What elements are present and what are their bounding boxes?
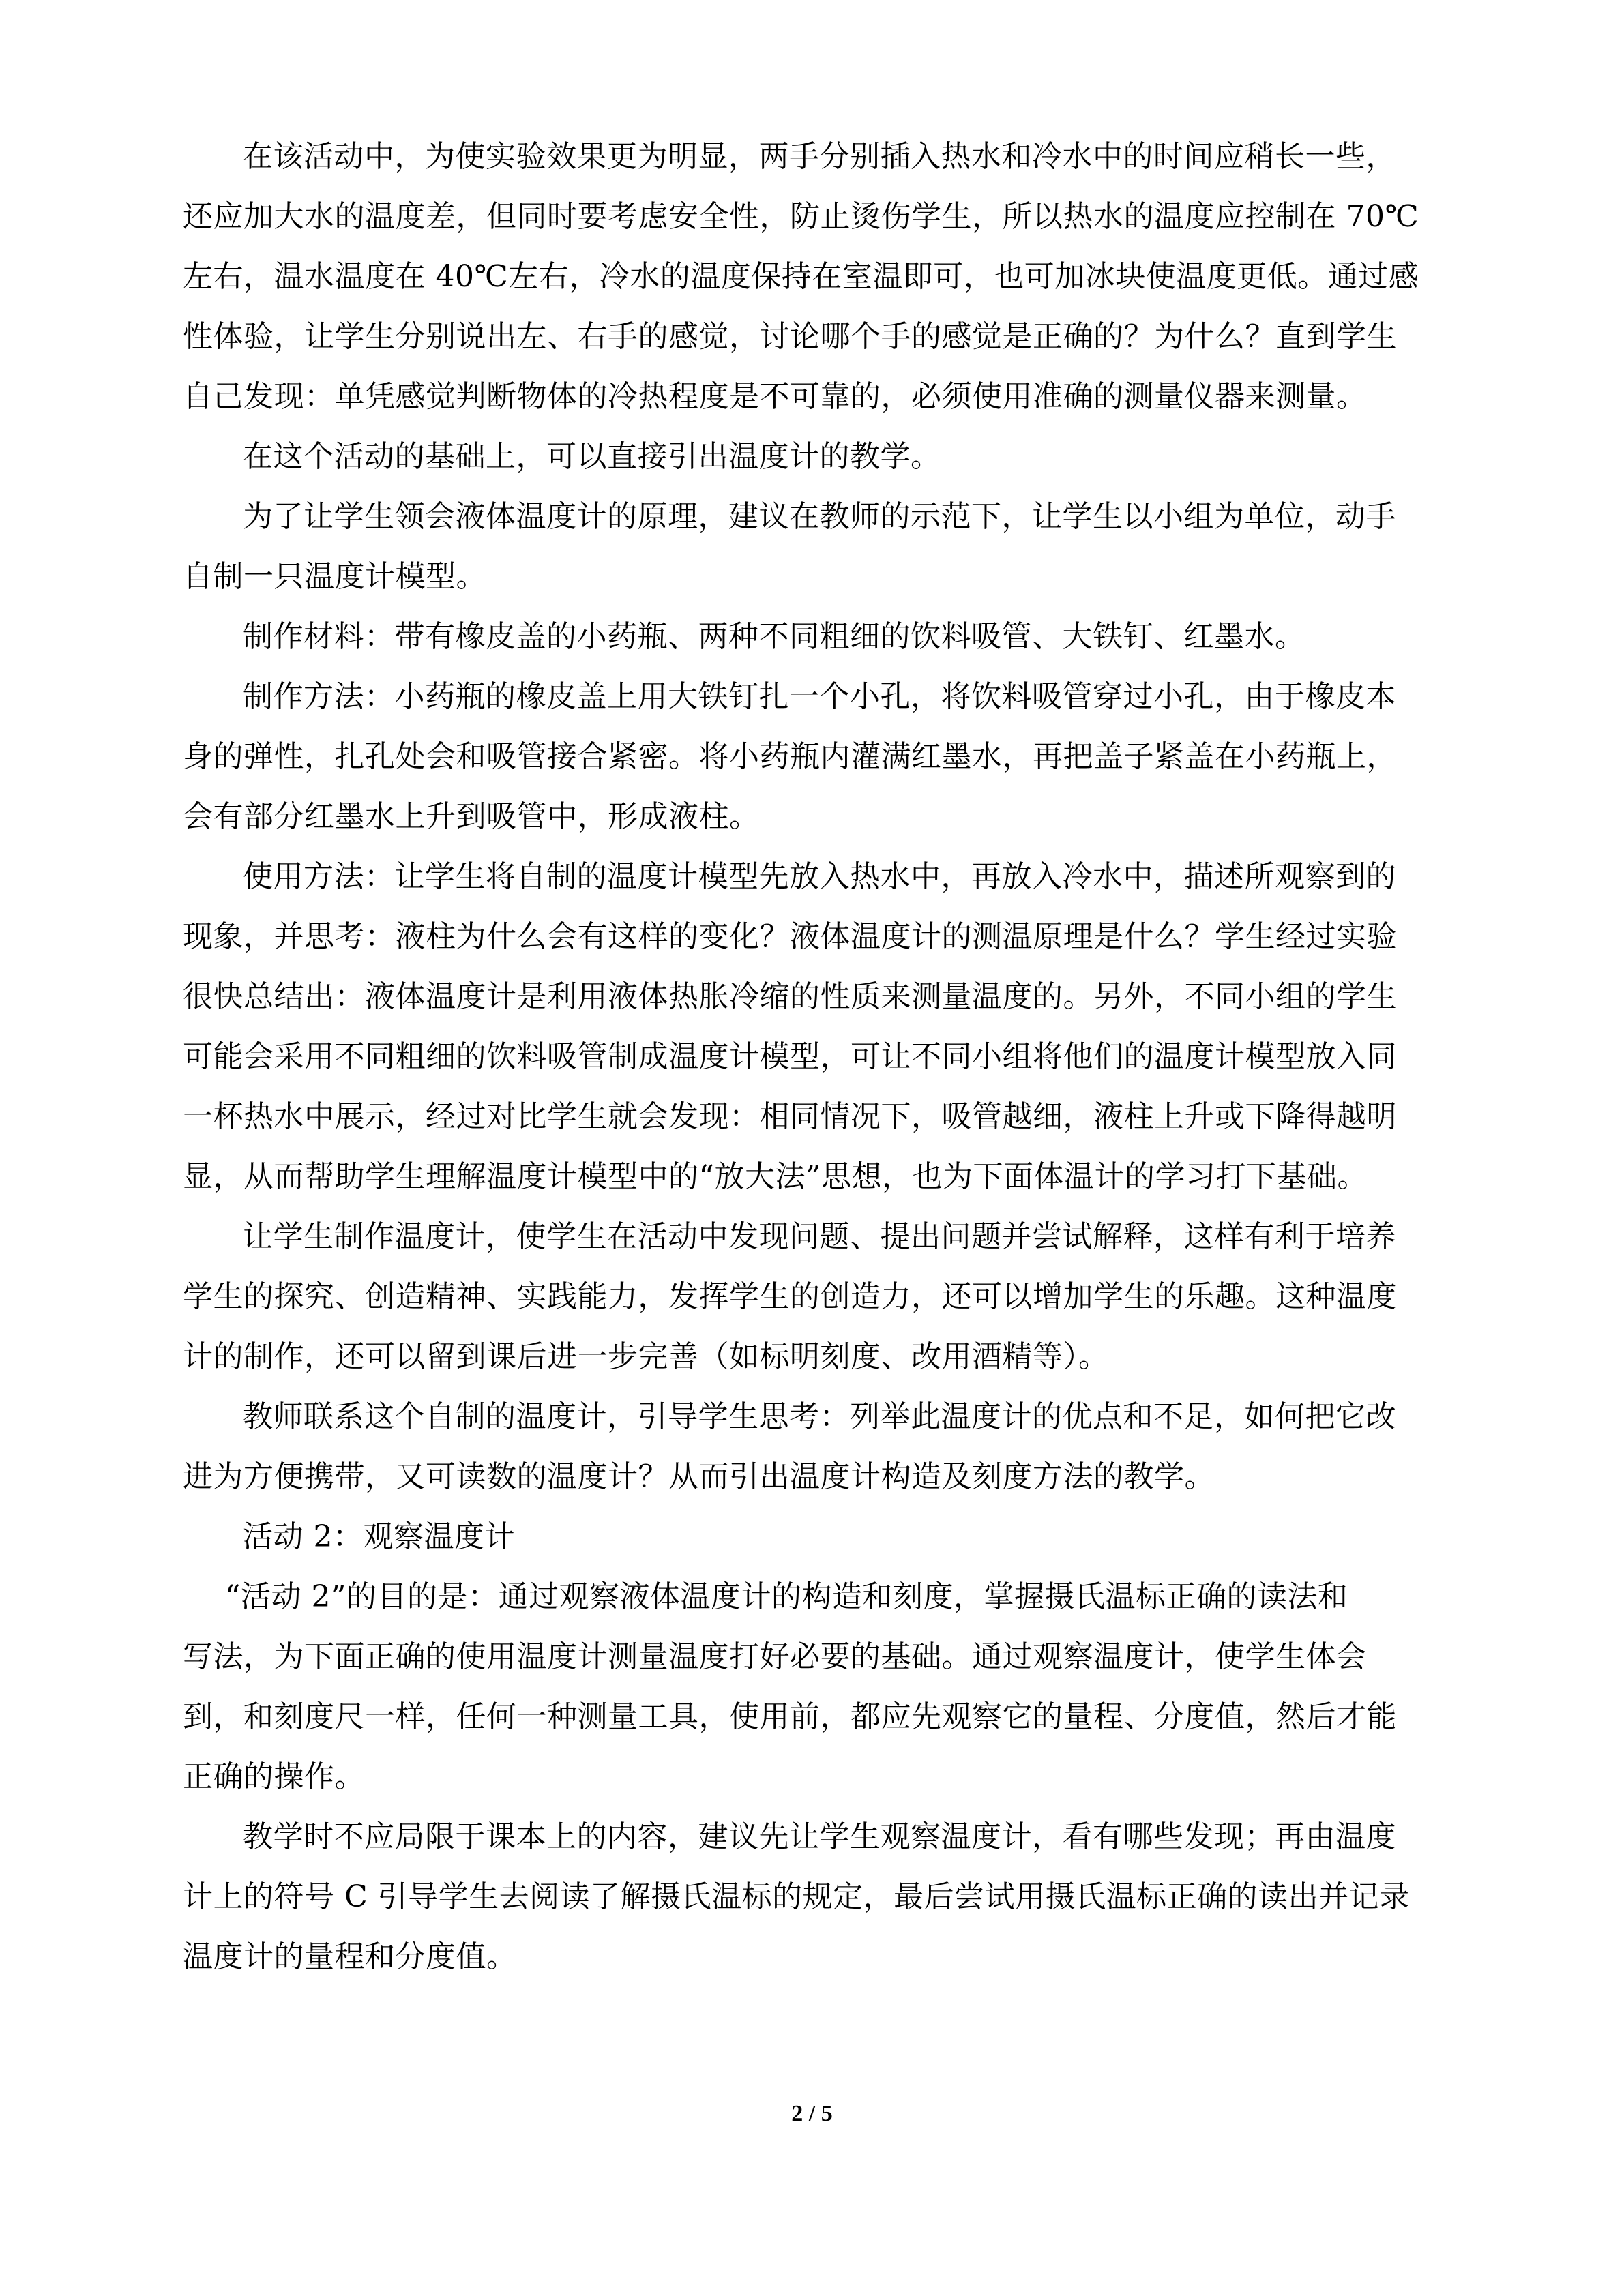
paragraph-usage: 使用方法：让学生将自制的温度计模型先放入热水中，再放入冷水中，描述所观察到的 现… xyxy=(183,847,1465,1207)
section-heading-activity-2: 活动 2：观察温度计 xyxy=(183,1507,1465,1567)
text-line: 会有部分红墨水上升到吸管中，形成液柱。 xyxy=(183,787,1465,847)
text-line: 可能会采用不同粗细的饮料吸管制成温度计模型，可让不同小组将他们的温度计模型放入同 xyxy=(183,1027,1465,1087)
paragraph-teaching-advice: 教学时不应局限于课本上的内容，建议先让学生观察温度计，看有哪些发现；再由温度 计… xyxy=(183,1807,1465,1987)
text-line: 计上的符号 C 引导学生去阅读了解摄氏温标的规定，最后尝试用摄氏温标正确的读出并… xyxy=(183,1867,1465,1927)
paragraph-introduce-thermometer: 在这个活动的基础上，可以直接引出温度计的教学。 xyxy=(183,427,1465,487)
heading-text: 活动 2：观察温度计 xyxy=(183,1507,1465,1567)
text-line: 使用方法：让学生将自制的温度计模型先放入热水中，再放入冷水中，描述所观察到的 xyxy=(183,847,1465,907)
text-line: 让学生制作温度计，使学生在活动中发现问题、提出问题并尝试解释，这样有利于培养 xyxy=(183,1207,1465,1267)
text-line: 左右，温水温度在 40℃左右，冷水的温度保持在室温即可，也可加冰块使温度更低。通… xyxy=(183,247,1465,307)
text-line: 在该活动中，为使实验效果更为明显，两手分别插入热水和冷水中的时间应稍长一些， xyxy=(183,127,1465,187)
text-line: 显，从而帮助学生理解温度计模型中的“放大法”思想，也为下面体温计的学习打下基础。 xyxy=(183,1147,1465,1207)
text-line: 性体验，让学生分别说出左、右手的感觉，讨论哪个手的感觉是正确的？为什么？直到学生 xyxy=(183,307,1465,367)
text-line: “活动 2”的目的是：通过观察液体温度计的构造和刻度，掌握摄氏温标正确的读法和 xyxy=(183,1567,1465,1627)
text-line: 正确的操作。 xyxy=(183,1747,1465,1807)
text-line: 很快总结出：液体温度计是利用液体热胀冷缩的性质来测量温度的。另外，不同小组的学生 xyxy=(183,967,1465,1027)
text-line: 教师联系这个自制的温度计，引导学生思考：列举此温度计的优点和不足，如何把它改 xyxy=(183,1387,1465,1447)
text-line: 制作方法：小药瓶的橡皮盖上用大铁钉扎一个小孔，将饮料吸管穿过小孔，由于橡皮本 xyxy=(183,667,1465,727)
page-number: 2 / 5 xyxy=(0,2100,1624,2128)
text-line: 进为方便携带，又可读数的温度计？从而引出温度计构造及刻度方法的教学。 xyxy=(183,1447,1465,1507)
text-line: 自制一只温度计模型。 xyxy=(183,547,1465,607)
text-line: 教学时不应局限于课本上的内容，建议先让学生观察温度计，看有哪些发现；再由温度 xyxy=(183,1807,1465,1867)
text-line: 写法，为下面正确的使用温度计测量温度打好必要的基础。通过观察温度计，使学生体会 xyxy=(183,1627,1465,1687)
text-line: 学生的探究、创造精神、实践能力，发挥学生的创造力，还可以增加学生的乐趣。这种温度 xyxy=(183,1267,1465,1327)
text-line: 身的弹性，扎孔处会和吸管接合紧密。将小药瓶内灌满红墨水，再把盖子紧盖在小药瓶上， xyxy=(183,727,1465,787)
text-line: 为了让学生领会液体温度计的原理，建议在教师的示范下，让学生以小组为单位，动手 xyxy=(183,487,1465,547)
paragraph-method: 制作方法：小药瓶的橡皮盖上用大铁钉扎一个小孔，将饮料吸管穿过小孔，由于橡皮本 身… xyxy=(183,667,1465,847)
paragraph-materials: 制作材料：带有橡皮盖的小药瓶、两种不同粗细的饮料吸管、大铁钉、红墨水。 xyxy=(183,607,1465,667)
paragraph-benefits: 让学生制作温度计，使学生在活动中发现问题、提出问题并尝试解释，这样有利于培养 学… xyxy=(183,1207,1465,1387)
paragraph-self-made-model: 为了让学生领会液体温度计的原理，建议在教师的示范下，让学生以小组为单位，动手 自… xyxy=(183,487,1465,607)
text-line: 计的制作，还可以留到课后进一步完善（如标明刻度、改用酒精等）。 xyxy=(183,1327,1465,1387)
text-line: 到，和刻度尺一样，任何一种测量工具，使用前，都应先观察它的量程、分度值，然后才能 xyxy=(183,1687,1465,1747)
paragraph-activity-notes: 在该活动中，为使实验效果更为明显，两手分别插入热水和冷水中的时间应稍长一些， 还… xyxy=(183,127,1465,427)
text-line: 还应加大水的温度差，但同时要考虑安全性，防止烫伤学生，所以热水的温度应控制在 7… xyxy=(183,187,1465,247)
paragraph-teacher-guidance: 教师联系这个自制的温度计，引导学生思考：列举此温度计的优点和不足，如何把它改 进… xyxy=(183,1387,1465,1507)
text-line: 现象，并思考：液柱为什么会有这样的变化？液体温度计的测温原理是什么？学生经过实验 xyxy=(183,907,1465,967)
text-line: 一杯热水中展示，经过对比学生就会发现：相同情况下，吸管越细，液柱上升或下降得越明 xyxy=(183,1087,1465,1147)
paragraph-activity-2-purpose: “活动 2”的目的是：通过观察液体温度计的构造和刻度，掌握摄氏温标正确的读法和 … xyxy=(183,1567,1465,1807)
document-body: 在该活动中，为使实验效果更为明显，两手分别插入热水和冷水中的时间应稍长一些， 还… xyxy=(183,127,1465,1987)
text-line: 温度计的量程和分度值。 xyxy=(183,1927,1465,1987)
text-line: 在这个活动的基础上，可以直接引出温度计的教学。 xyxy=(183,427,1465,487)
text-line: 自己发现：单凭感觉判断物体的冷热程度是不可靠的，必须使用准确的测量仪器来测量。 xyxy=(183,367,1465,427)
text-line: 制作材料：带有橡皮盖的小药瓶、两种不同粗细的饮料吸管、大铁钉、红墨水。 xyxy=(183,607,1465,667)
